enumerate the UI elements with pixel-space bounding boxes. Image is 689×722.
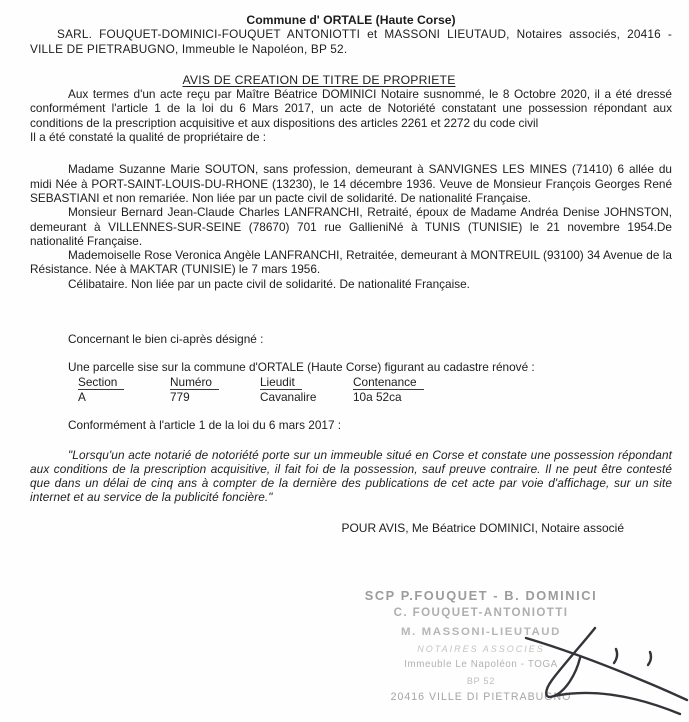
col-header-lieudit: Lieudit	[260, 375, 302, 390]
stamp-line-massoni-lieutaud: M. MASSONI-LIEUTAUD	[322, 625, 640, 639]
cadastre-header-row: Section Numéro Lieudit Contenance	[78, 375, 493, 390]
stamp-line-notaires-associes: NOTAIRES ASSOCIES	[322, 642, 640, 656]
owners-lead-line: Il a été constaté la qualité de propriét…	[30, 130, 672, 144]
notice-title-text: AVIS DE CREATION DE TITRE DE PROPRIETE	[182, 73, 455, 87]
stamp-line-immeuble: Immeuble Le Napoléon - TOGA	[322, 658, 640, 672]
concerning-line: Concernant le bien ci-après désigné :	[30, 332, 672, 346]
signoff-line: POUR AVIS, Me Béatrice DOMINICI, Notaire…	[30, 521, 672, 535]
document-page: Commune d' ORTALE (Haute Corse) SARL. FO…	[0, 0, 689, 722]
stamp-line-bp: BP 52	[322, 674, 640, 688]
cadastre-table: Section Numéro Lieudit Contenance A 779 …	[78, 375, 493, 405]
owner-paragraph-lanfranchi-rose: Mademoiselle Rose Veronica Angèle LANFRA…	[30, 248, 672, 277]
cell-section: A	[78, 390, 170, 404]
law-quote-paragraph: "Lorsqu'un acte notarié de notoriété por…	[30, 448, 672, 505]
cell-lieudit: Cavanalire	[260, 390, 353, 404]
col-header-contenance: Contenance	[353, 375, 424, 390]
law-reference-line: Conformément à l'article 1 de la loi du …	[30, 418, 672, 432]
col-header-numero: Numéro	[170, 375, 219, 390]
commune-title: Commune d' ORTALE (Haute Corse)	[30, 13, 672, 27]
notary-stamp: SCP P.FOUQUET - B. DOMINICI C. FOUQUET-A…	[322, 589, 640, 704]
owner-paragraph-lanfranchi-bernard: Monsieur Bernard Jean-Claude Charles LAN…	[30, 205, 672, 248]
stamp-line-ville: 20416 VILLE DI PIETRABUGNO	[322, 690, 640, 704]
owner-paragraph-souton: Madame Suzanne Marie SOUTON, sans profes…	[30, 162, 672, 205]
parcel-intro-line: Une parcelle sise sur la commune d'ORTAL…	[30, 360, 672, 374]
notice-title: AVIS DE CREATION DE TITRE DE PROPRIETE	[0, 73, 640, 87]
intro-paragraph: Aux termes d'un acte reçu par Maître Béa…	[30, 87, 672, 130]
stamp-line-scp: SCP P.FOUQUET - B. DOMINICI	[322, 589, 640, 603]
stamp-line-fouquet-antoniotti: C. FOUQUET-ANTONIOTTI	[322, 606, 640, 620]
notary-office-line: SARL. FOUQUET-DOMINICI-FOUQUET ANTONIOTT…	[30, 27, 672, 56]
owner-status-line: Célibataire. Non liée par un pacte civil…	[30, 277, 672, 291]
cell-numero: 779	[170, 390, 260, 404]
col-header-section: Section	[78, 375, 124, 390]
cadastre-data-row: A 779 Cavanalire 10a 52ca	[78, 390, 493, 404]
cell-contenance: 10a 52ca	[353, 390, 493, 404]
